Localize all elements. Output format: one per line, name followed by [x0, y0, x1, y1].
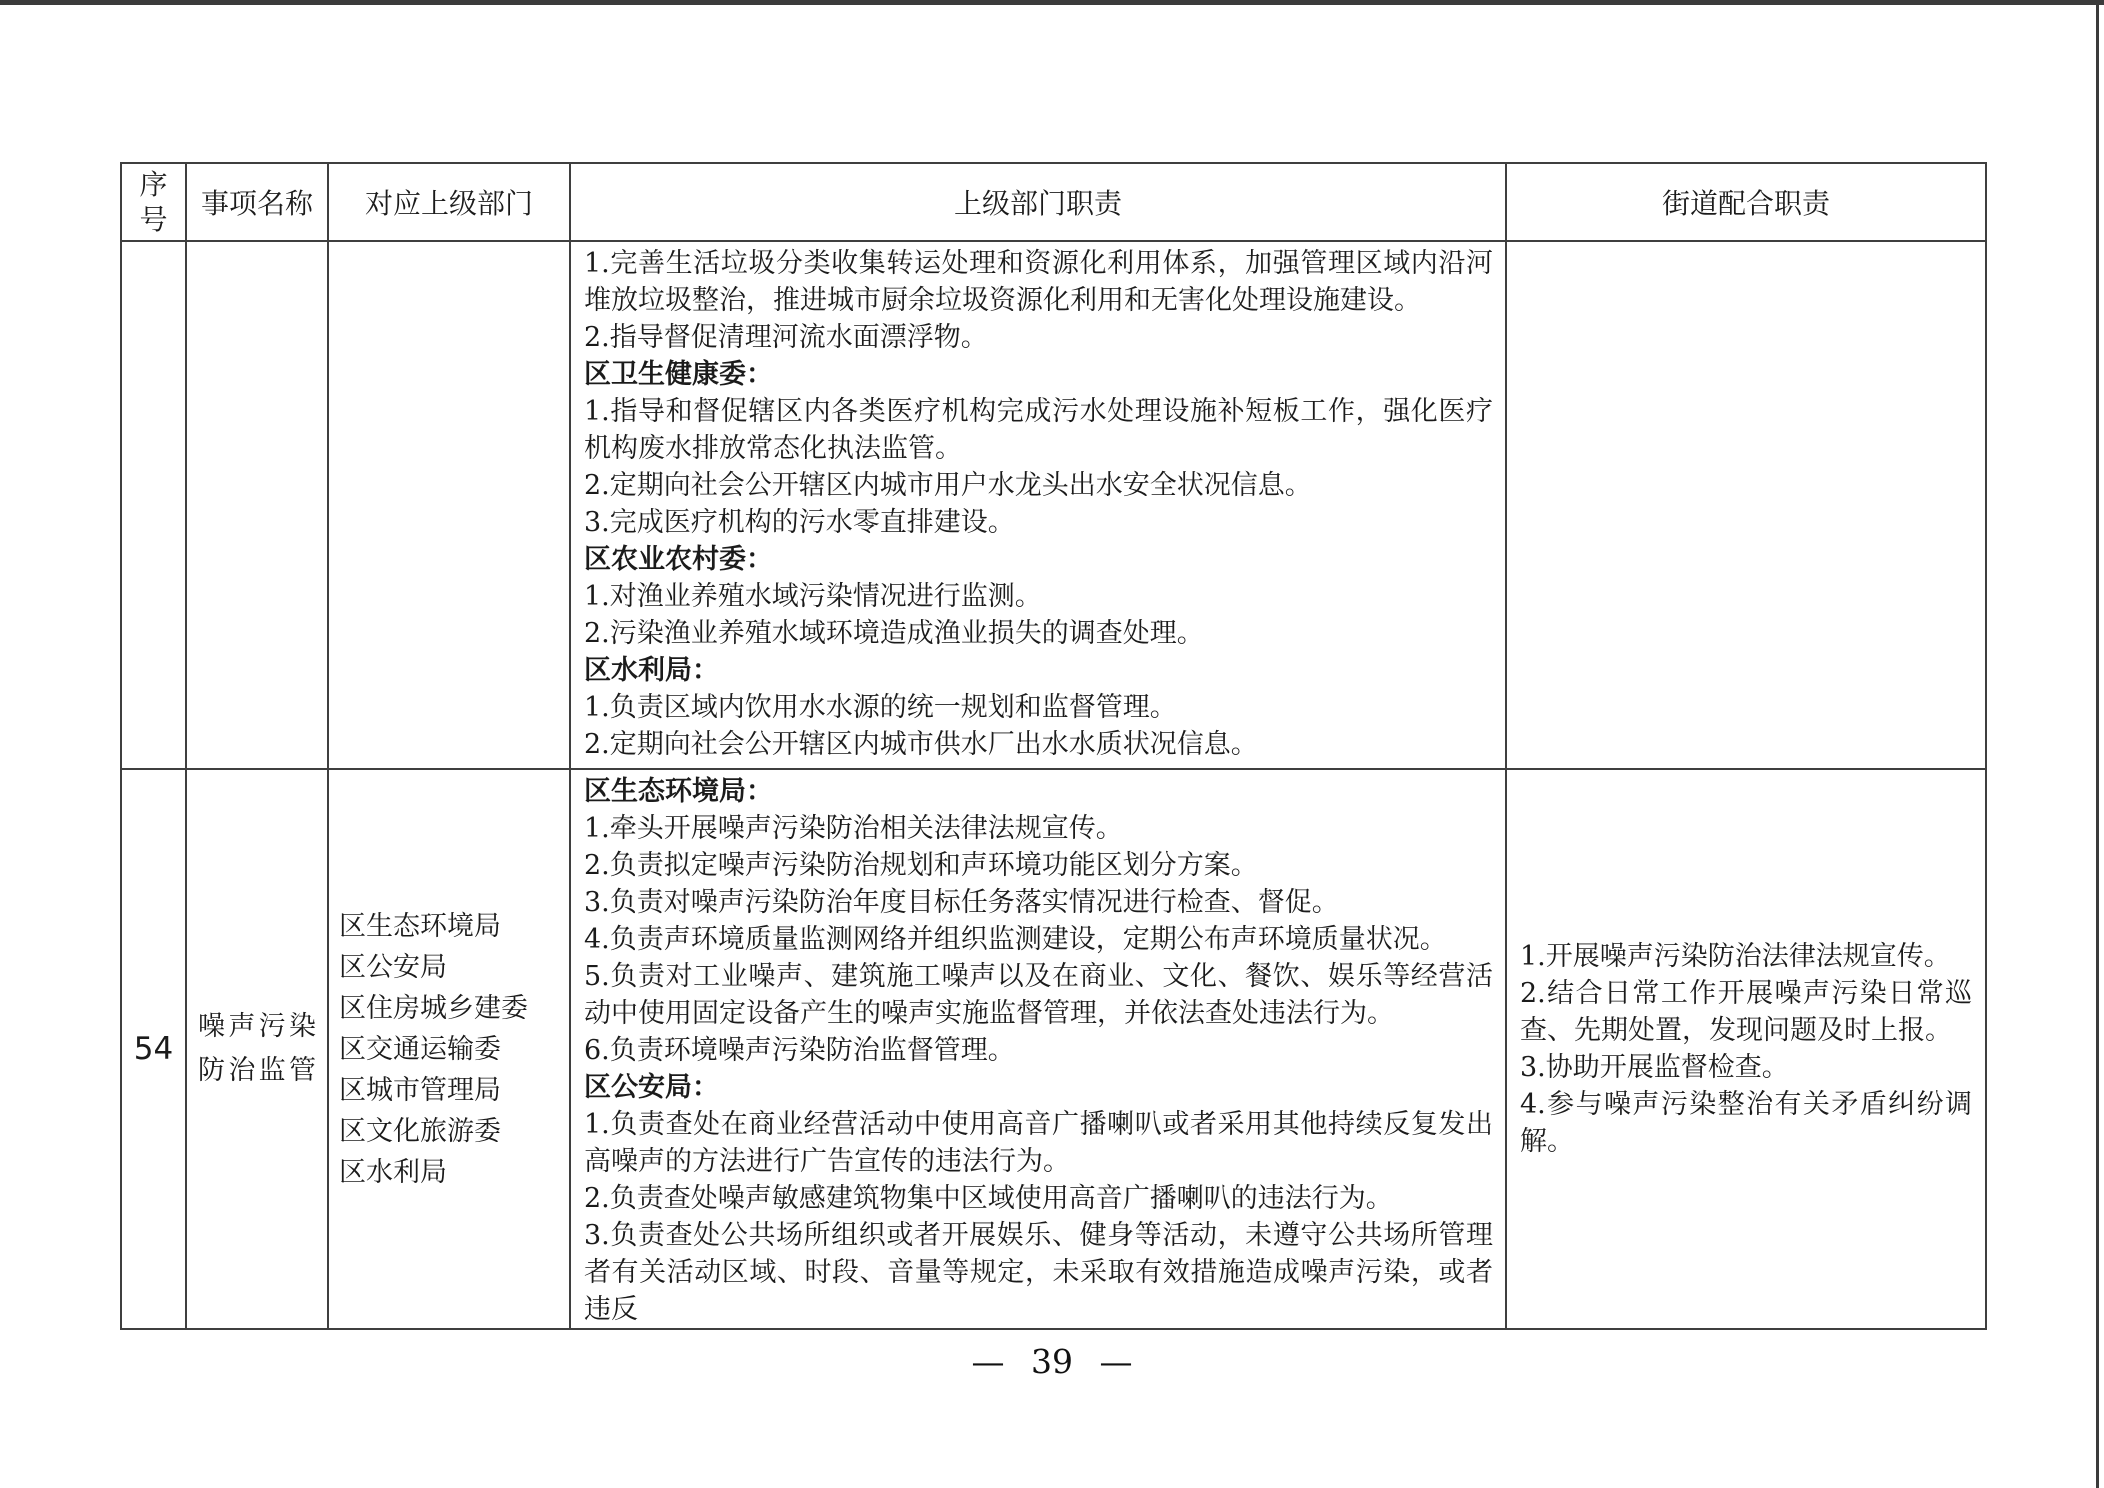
duty-item: 3.负责查处公共场所组织或者开展娱乐、健身等活动，未遵守公共场所管理者有关活动区…: [584, 1217, 1493, 1328]
duty-item: 1.牵头开展噪声污染防治相关法律法规宣传。: [584, 810, 1493, 847]
duty-item: 6.负责环境噪声污染防治监督管理。: [584, 1032, 1493, 1069]
street-duty-item: 2.结合日常工作开展噪声污染日常巡查、先期处置，发现问题及时上报。: [1520, 975, 1972, 1049]
col-header-seq-label: 序号: [138, 167, 169, 237]
col-header-street-duties: 街道配合职责: [1506, 163, 1986, 241]
page-number: — 39 —: [0, 1342, 2104, 1381]
cell-item-name: 噪声污染防治监管: [186, 769, 328, 1329]
dept-line: 区住房城乡建委: [339, 988, 569, 1029]
duty-item: 1.对渔业养殖水域污染情况进行监测。: [584, 578, 1493, 615]
dept-line: 区交通运输委: [339, 1029, 569, 1070]
cell-name-empty: [186, 241, 328, 769]
duty-item: 4.负责声环境质量监测网络并组织监测建设，定期公布声环境质量状况。: [584, 921, 1493, 958]
duty-item: 1.负责区域内饮用水水源的统一规划和监督管理。: [584, 689, 1493, 726]
cell-superior-duties: 区生态环境局： 1.牵头开展噪声污染防治相关法律法规宣传。 2.负责拟定噪声污染…: [570, 769, 1506, 1329]
dept-line: 区文化旅游委: [339, 1111, 569, 1152]
cell-superior-depts: 区生态环境局 区公安局 区住房城乡建委 区交通运输委 区城市管理局 区文化旅游委…: [328, 769, 570, 1329]
cell-street-duties: 1.开展噪声污染防治法律法规宣传。 2.结合日常工作开展噪声污染日常巡查、先期处…: [1506, 769, 1986, 1329]
scan-edge-top: [0, 0, 2104, 5]
scan-edge-right: [2096, 0, 2099, 1488]
street-duty-item: 4.参与噪声污染整治有关矛盾纠纷调解。: [1520, 1086, 1972, 1160]
street-duty-item: 1.开展噪声污染防治法律法规宣传。: [1520, 938, 1972, 975]
duty-item: 2.定期向社会公开辖区内城市用户水龙头出水安全状况信息。: [584, 467, 1493, 504]
table-row-continued: 1.完善生活垃圾分类收集转运处理和资源化利用体系，加强管理区域内沿河堆放垃圾整治…: [121, 241, 1986, 769]
cell-seq: 54: [121, 769, 186, 1329]
duty-dept-heading: 区卫生健康委：: [584, 356, 1493, 393]
col-header-superior-duties: 上级部门职责: [570, 163, 1506, 241]
cell-dept-empty: [328, 241, 570, 769]
col-header-item-name: 事项名称: [186, 163, 328, 241]
duty-item: 2.负责查处噪声敏感建筑物集中区域使用高音广播喇叭的违法行为。: [584, 1180, 1493, 1217]
col-header-superior-dept: 对应上级部门: [328, 163, 570, 241]
cell-seq-empty: [121, 241, 186, 769]
table-header-row: 序号 事项名称 对应上级部门 上级部门职责 街道配合职责: [121, 163, 1986, 241]
duty-item: 1.负责查处在商业经营活动中使用高音广播喇叭或者采用其他持续反复发出高噪声的方法…: [584, 1106, 1493, 1180]
street-duty-item: 3.协助开展监督检查。: [1520, 1049, 1972, 1086]
duty-item: 3.完成医疗机构的污水零直排建设。: [584, 504, 1493, 541]
duty-item: 2.污染渔业养殖水域环境造成渔业损失的调查处理。: [584, 615, 1493, 652]
duty-dept-heading: 区农业农村委：: [584, 541, 1493, 578]
duty-item: 1.完善生活垃圾分类收集转运处理和资源化利用体系，加强管理区域内沿河堆放垃圾整治…: [584, 245, 1493, 319]
duty-dept-heading: 区生态环境局：: [584, 773, 1493, 810]
dept-line: 区生态环境局: [339, 906, 569, 947]
duty-item: 3.负责对噪声污染防治年度目标任务落实情况进行检查、督促。: [584, 884, 1493, 921]
dept-line: 区水利局: [339, 1152, 569, 1193]
dept-line: 区城市管理局: [339, 1070, 569, 1111]
col-header-seq: 序号: [121, 163, 186, 241]
duty-dept-heading: 区水利局：: [584, 652, 1493, 689]
document-page: { "page": { "number": "— 39 —" }, "table…: [0, 0, 2104, 1488]
duty-item: 5.负责对工业噪声、建筑施工噪声以及在商业、文化、餐饮、娱乐等经营活动中使用固定…: [584, 958, 1493, 1032]
duty-item: 1.指导和督促辖区内各类医疗机构完成污水处理设施补短板工作，强化医疗机构废水排放…: [584, 393, 1493, 467]
duty-item: 2.负责拟定噪声污染防治规划和声环境功能区划分方案。: [584, 847, 1493, 884]
responsibilities-table: 序号 事项名称 对应上级部门 上级部门职责 街道配合职责 1.完善生活垃圾分类收…: [120, 162, 1987, 1330]
cell-street-duties-empty: [1506, 241, 1986, 769]
dept-line: 区公安局: [339, 947, 569, 988]
duty-dept-heading: 区公安局：: [584, 1069, 1493, 1106]
duty-item: 2.指导督促清理河流水面漂浮物。: [584, 319, 1493, 356]
duty-item: 2.定期向社会公开辖区内城市供水厂出水水质状况信息。: [584, 726, 1493, 763]
cell-superior-duties: 1.完善生活垃圾分类收集转运处理和资源化利用体系，加强管理区域内沿河堆放垃圾整治…: [570, 241, 1506, 769]
table-row-54: 54 噪声污染防治监管 区生态环境局 区公安局 区住房城乡建委 区交通运输委 区…: [121, 769, 1986, 1329]
item-name-text: 噪声污染防治监管: [198, 1005, 316, 1093]
